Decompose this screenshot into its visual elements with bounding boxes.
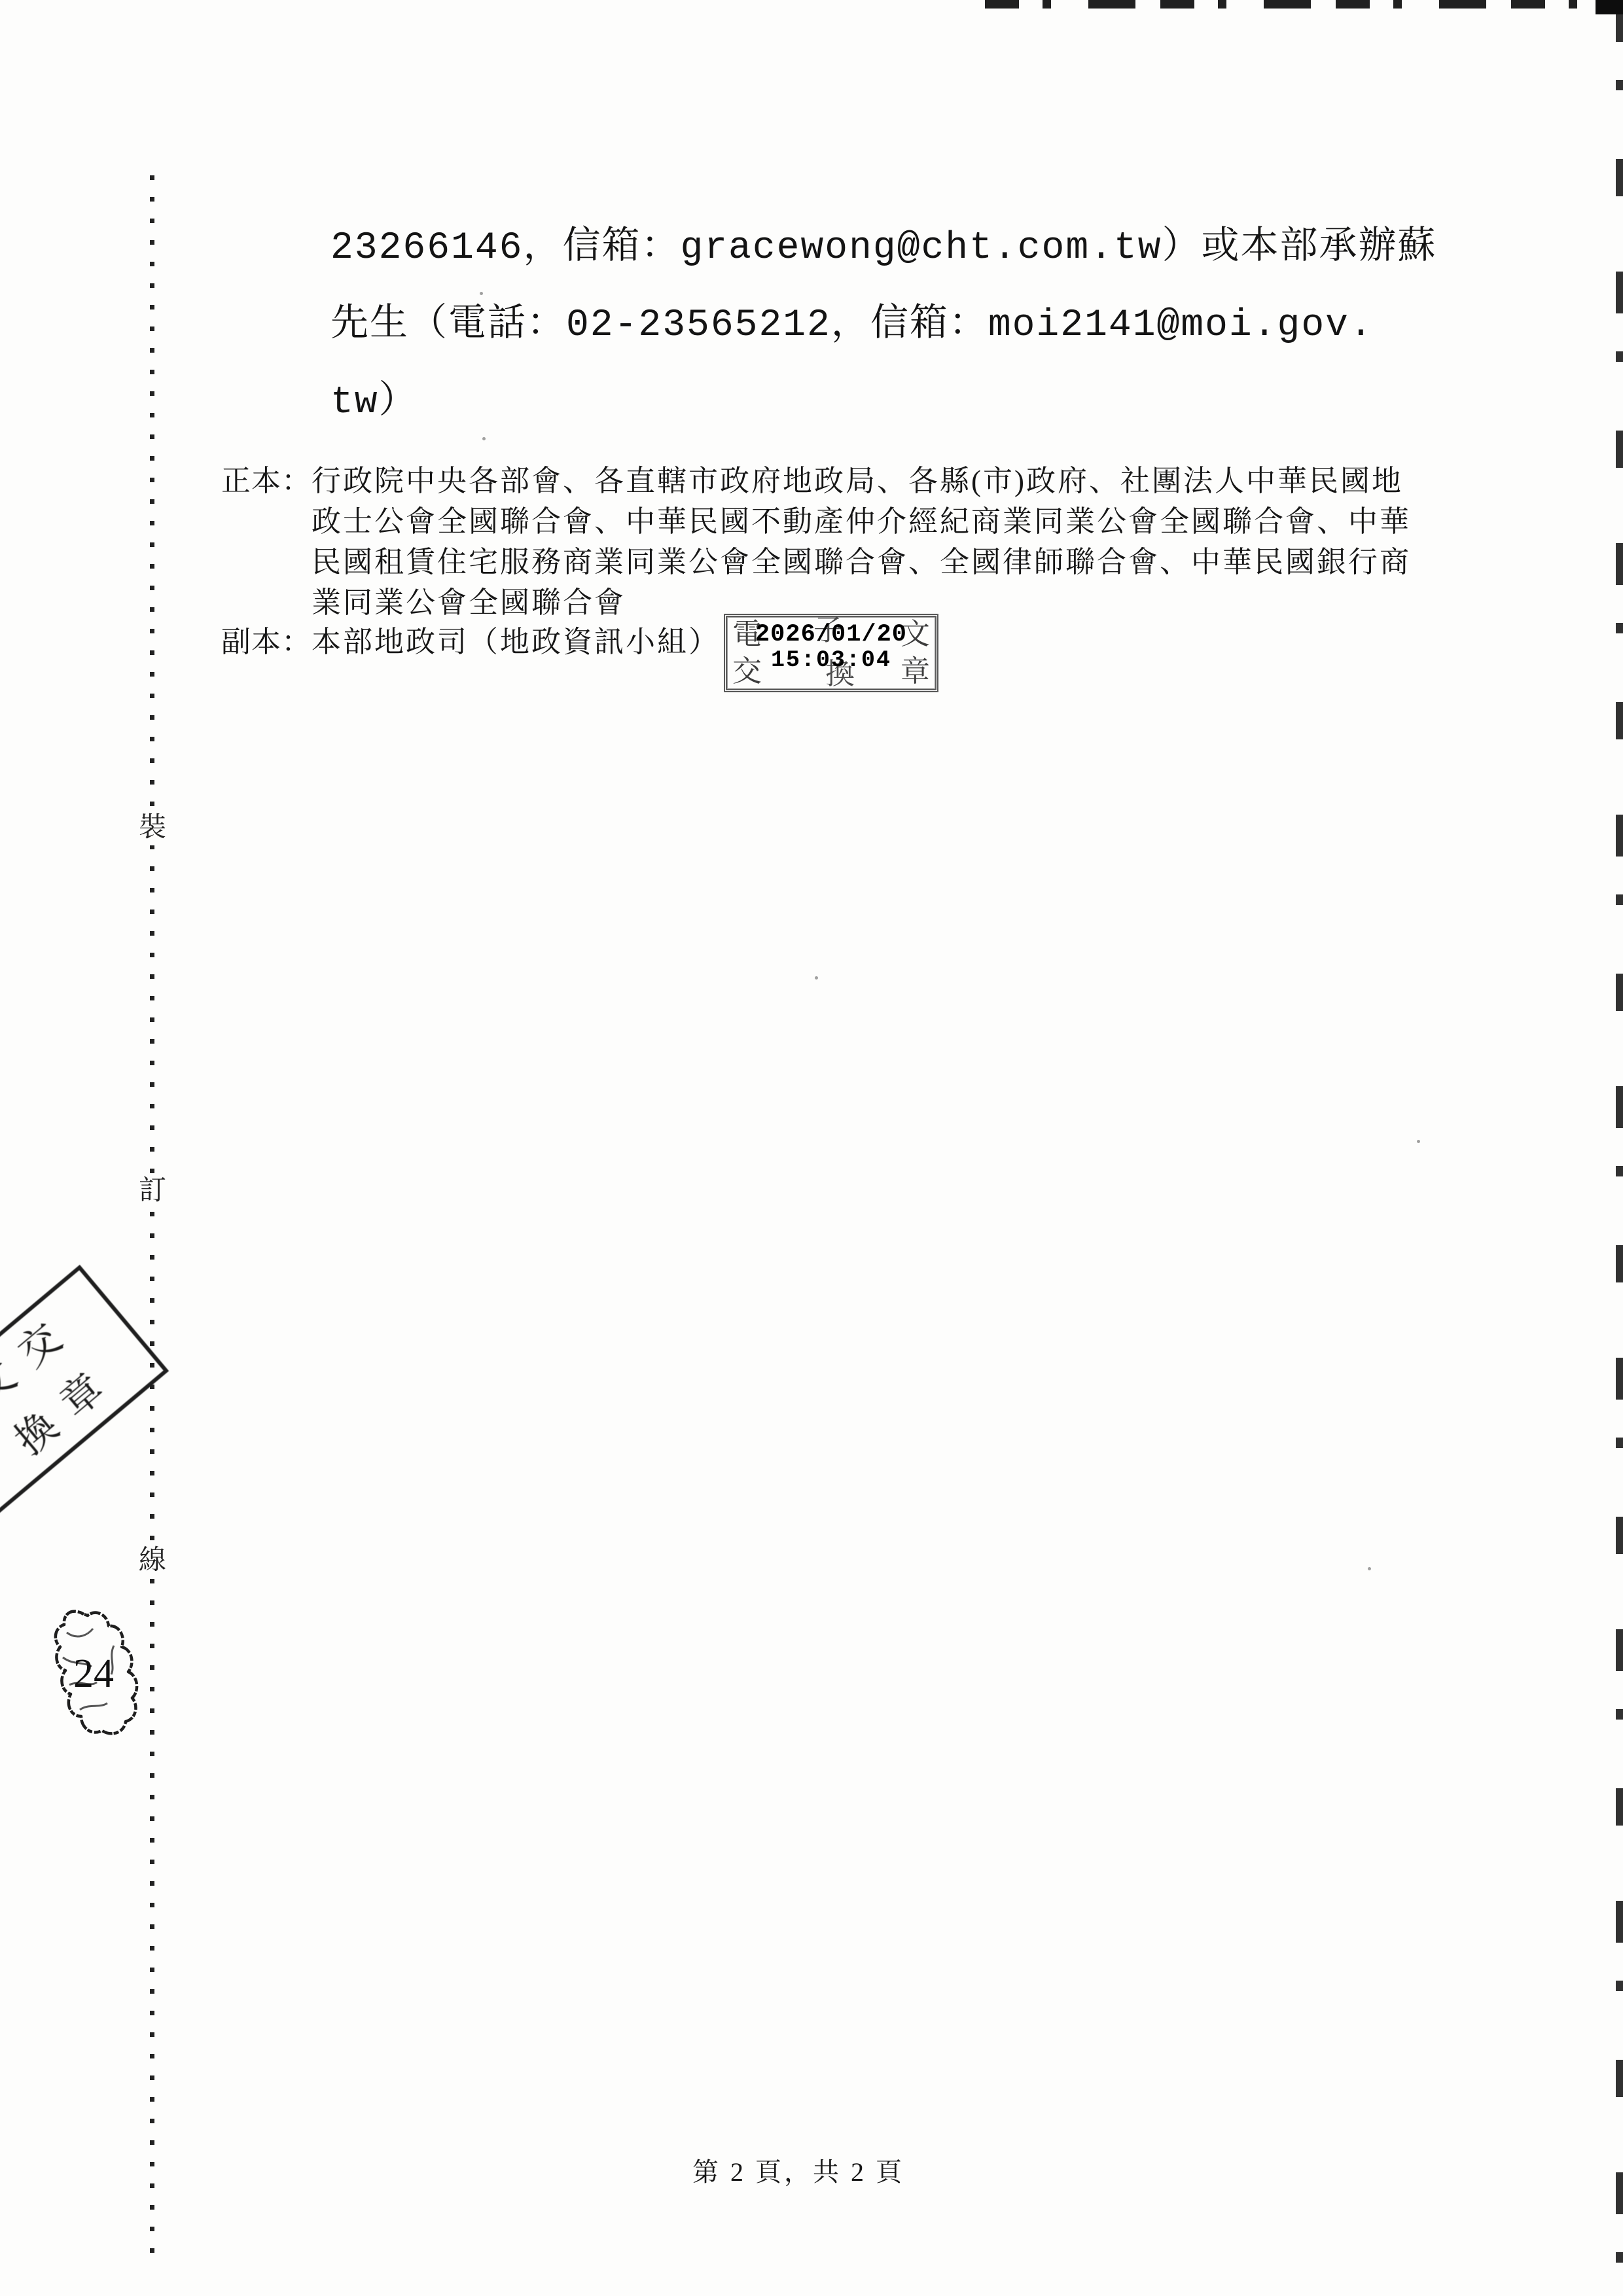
dust-speck [480,292,483,295]
dust-speck [1417,1140,1420,1143]
binding-char-xian: 線 [135,1543,170,1578]
badge-number: 24 [64,1651,123,1697]
primary-copy-line-2: 政士公會全國聯合會、中華民國不動產仲介經紀商業同業公會全國聯合會、中華 [312,503,1463,540]
page-number-footer: 第 2 頁，共 2 頁 [668,2151,929,2189]
electronic-exchange-stamp: 電 子 文 交 換 章 2026/01/20 15:03:04 [724,614,938,692]
rotated-edge-stamp: 文交 換章 [0,1265,169,1515]
body-text-line-1: 23266146，信箱：gracewong@cht.com.tw）或本部承辦蘇 [330,228,1456,270]
binding-dotted-line [150,175,154,2256]
carbon-copy-label: 副本： [221,623,313,661]
binding-char-zhuang: 裝 [135,810,170,845]
stamp-time: 15:03:04 [727,647,935,673]
body-text-line-2: 先生（電話：02-23565212，信箱：moi2141@moi.gov. [330,305,1456,347]
dust-speck [482,437,486,440]
primary-copy-line-1: 行政院中央各部會、各直轄市政府地政局、各縣(市)政府、社團法人中華民國地 [312,462,1463,500]
body-text-line-3: tw） [330,382,1456,424]
dust-speck [815,976,818,980]
binding-char-ding: 訂 [135,1173,170,1209]
number-badge-blob: 24 [54,1606,139,1747]
dust-speck [1368,1567,1371,1570]
scan-artifact-right-edge [1616,0,1623,2296]
scanned-document-page: 裝 訂 線 23266146，信箱：gracewong@cht.com.tw）或… [0,0,1623,2296]
primary-copy-label: 正本： [221,462,313,500]
primary-copy-line-3: 民國租賃住宅服務商業同業公會全國聯合會、全國律師聯合會、中華民國銀行商 [312,543,1463,581]
stamp-date: 2026/01/20 [727,621,935,648]
scan-artifact-top-edge [985,0,1623,9]
